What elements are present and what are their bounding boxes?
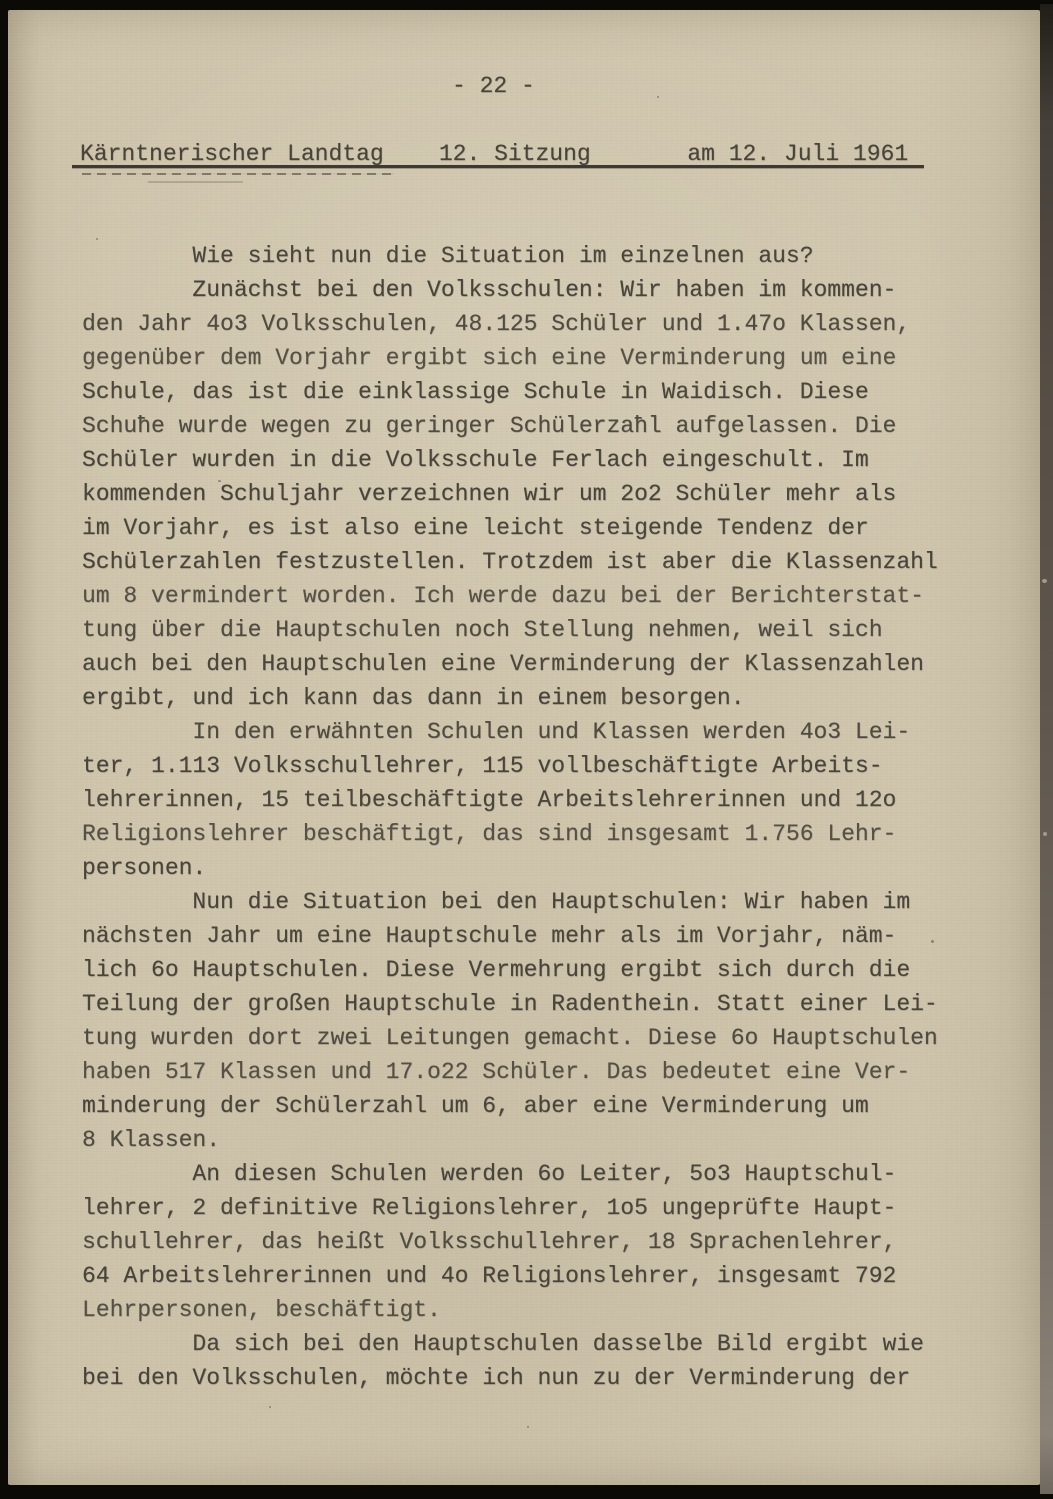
edge-speck [1042, 579, 1047, 583]
body-line: Schule, das ist die einklassige Schule i… [82, 375, 962, 409]
header-session-number: 12. Sitzung [439, 141, 591, 167]
body-line: tung wurden dort zwei Leitungen gemacht.… [82, 1021, 962, 1055]
body-line: Schuħe wurde wegen zu geringer Schülerza… [82, 409, 962, 443]
header-date: am 12. Juli 1961 [687, 141, 908, 167]
dust-speck [657, 96, 659, 98]
body-line: kommenden Schuljahr verzeichnen wir um 2… [82, 477, 962, 511]
dust-speck [218, 480, 221, 482]
body-line: 8 Klassen. [82, 1123, 962, 1157]
body-line: Schülerzahlen festzustellen. Trotzdem is… [82, 545, 962, 579]
body-line: Wie sieht nun die Situation im einzelnen… [82, 239, 962, 273]
body-line: 64 Arbeitslehrerinnen und 4o Religionsle… [82, 1259, 962, 1293]
body-line: Schüler wurden in die Volksschule Ferlac… [82, 443, 962, 477]
page-header: Kärntnerischer Landtag12. Sitzungam 12. … [80, 141, 908, 167]
body-line: In den erwähnten Schulen und Klassen wer… [82, 715, 962, 749]
body-line: tung über die Hauptschulen noch Stellung… [82, 613, 962, 647]
body-line: um 8 vermindert worden. Ich werde dazu b… [82, 579, 962, 613]
body-line: gegenüber dem Vorjahr ergibt sich eine V… [82, 341, 962, 375]
body-line: Religionslehrer beschäftigt, das sind in… [82, 817, 962, 851]
dust-speck [269, 1406, 271, 1408]
body-line: An diesen Schulen werden 6o Leiter, 5o3 … [82, 1157, 962, 1191]
header-institution: Kärntnerischer Landtag [80, 141, 384, 167]
body-line: bei den Volksschulen, möchte ich nun zu … [82, 1361, 962, 1395]
body-line: schullehrer, das heißt Volksschullehrer,… [82, 1225, 962, 1259]
document-page: - 22 - Kärntnerischer Landtag12. Sitzung… [8, 10, 1040, 1485]
body-line: lehrer, 2 definitive Religionslehrer, 1o… [82, 1191, 962, 1225]
body-line: Zunächst bei den Volksschulen: Wir haben… [82, 273, 962, 307]
body-line: Da sich bei den Hauptschulen dasselbe Bi… [82, 1327, 962, 1361]
body-line: auch bei den Hauptschulen eine Verminder… [82, 647, 962, 681]
body-line: im Vorjahr, es ist also eine leicht stei… [82, 511, 962, 545]
page-number: - 22 - [452, 73, 535, 99]
dust-speck [931, 940, 934, 943]
body-line: ter, 1.113 Volksschullehrer, 115 vollbes… [82, 749, 962, 783]
scan-background: { "document": { "page_number": "- 22 -",… [0, 0, 1053, 1499]
page-edge-strip [1040, 4, 1053, 1494]
body-text: Wie sieht nun die Situation im einzelnen… [82, 239, 962, 1395]
ink-smudge [148, 181, 243, 183]
body-line: den Jahr 4o3 Volksschulen, 48.125 Schüle… [82, 307, 962, 341]
body-line: lich 6o Hauptschulen. Diese Vermehrung e… [82, 953, 962, 987]
body-line: nächsten Jahr um eine Hauptschule mehr a… [82, 919, 962, 953]
body-line: lehrerinnen, 15 teilbeschäftigte Arbeits… [82, 783, 962, 817]
dust-speck [96, 238, 98, 240]
header-rule-secondary [82, 173, 394, 175]
body-line: ergibt, und ich kann das dann in einem b… [82, 681, 962, 715]
dust-speck [527, 1426, 529, 1428]
header-rule [72, 165, 924, 168]
body-line: Teilung der großen Hauptschule in Radent… [82, 987, 962, 1021]
edge-speck [1043, 832, 1047, 836]
body-line: personen. [82, 851, 962, 885]
body-line: Lehrpersonen, beschäftigt. [82, 1293, 962, 1327]
body-line: Nun die Situation bei den Hauptschulen: … [82, 885, 962, 919]
body-line: minderung der Schülerzahl um 6, aber ein… [82, 1089, 962, 1123]
body-line: haben 517 Klassen und 17.o22 Schüler. Da… [82, 1055, 962, 1089]
